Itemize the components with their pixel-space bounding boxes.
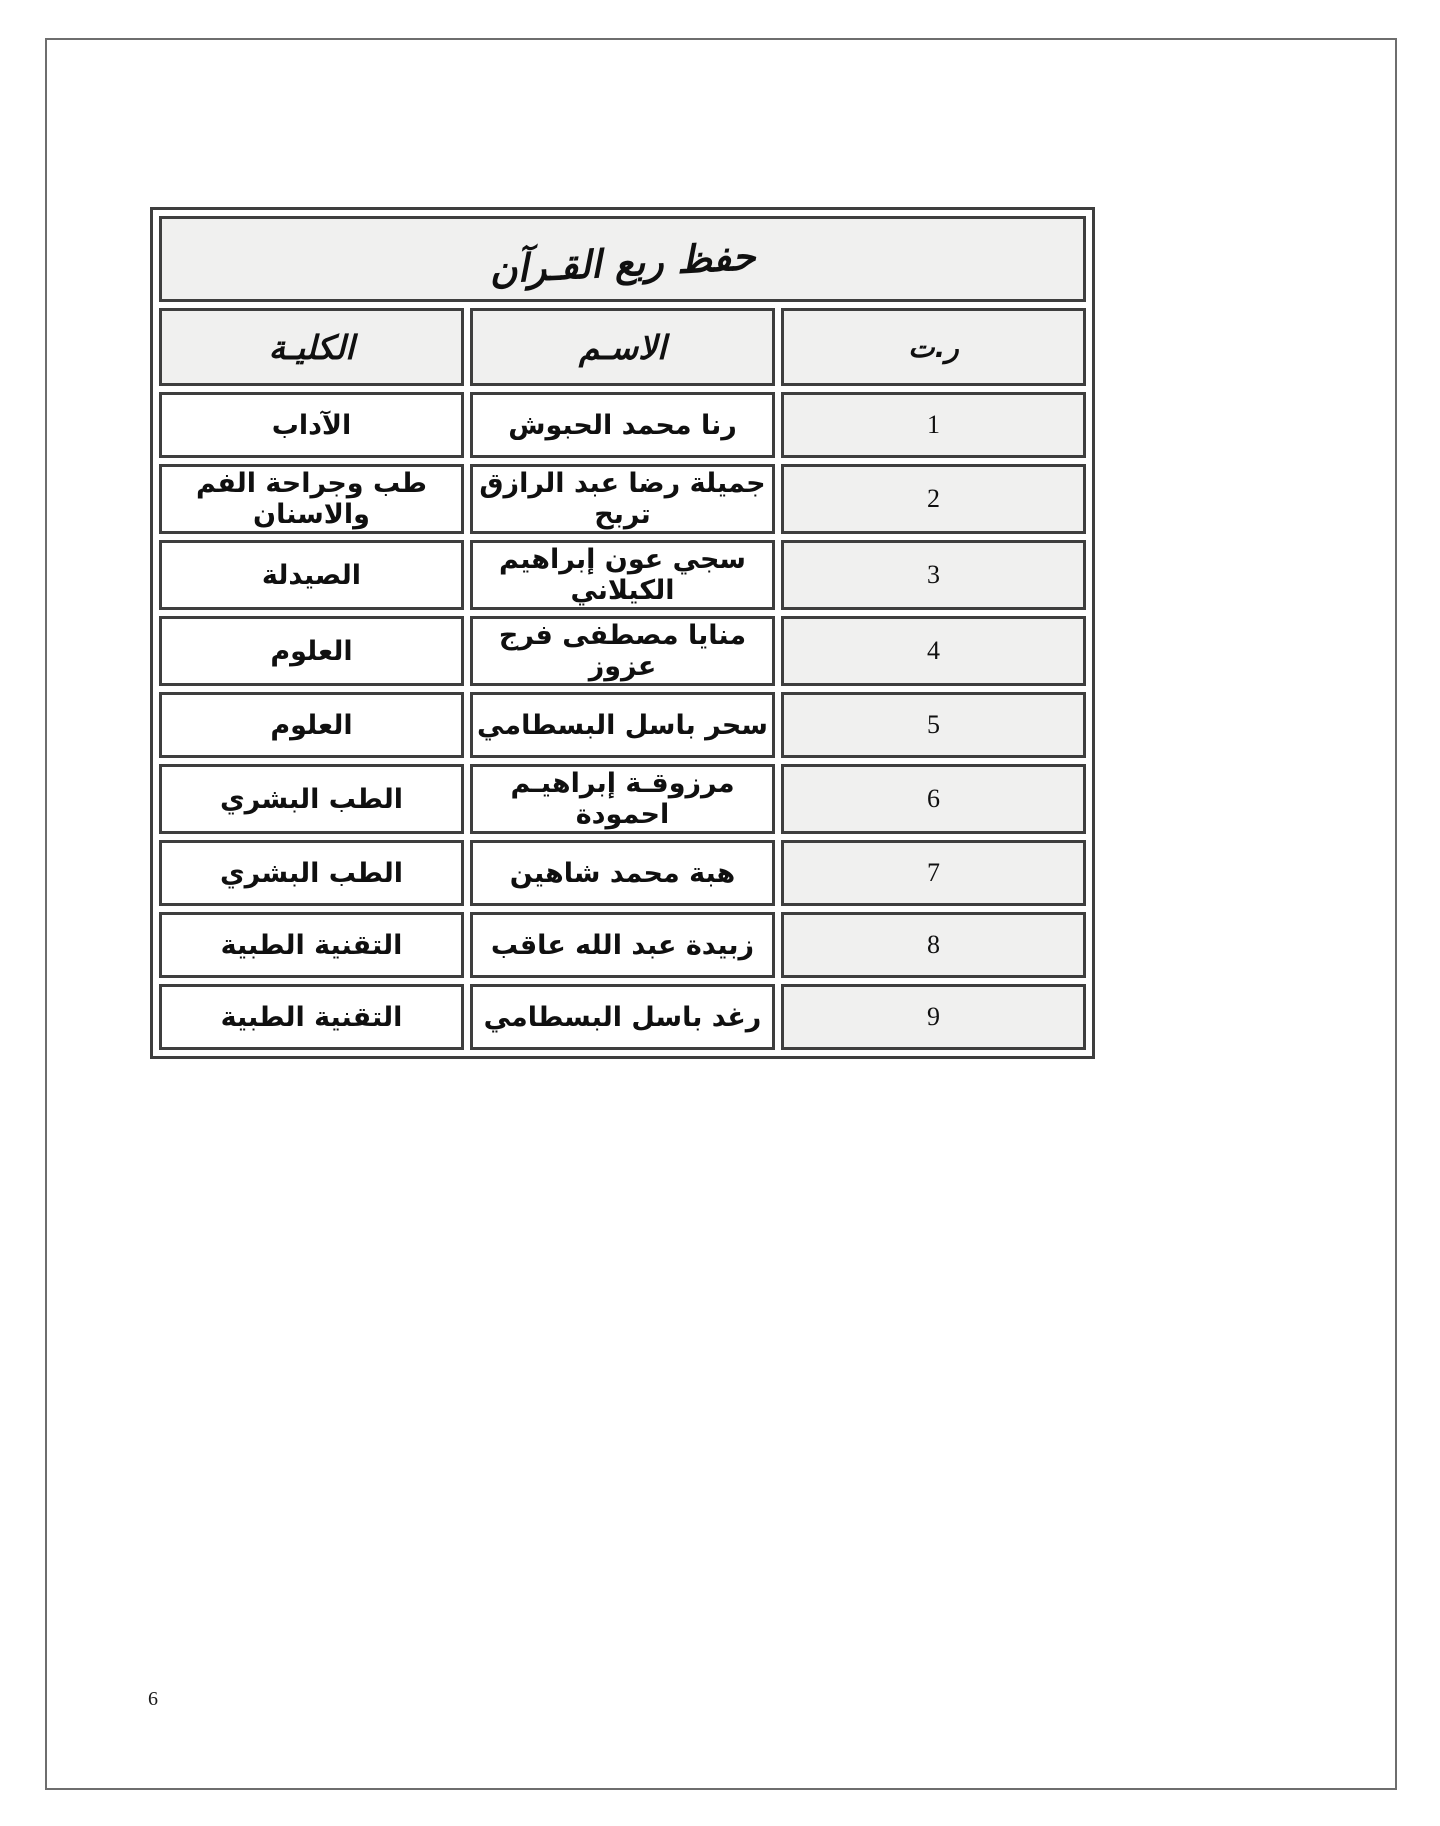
row-index-cell: 1 — [781, 392, 1086, 458]
row-index-cell: 8 — [781, 912, 1086, 978]
row-index-cell: 3 — [781, 540, 1086, 610]
document-page: حفظ ربع القـرآن ر.ت الاسـم الكليـة 1رنا … — [45, 38, 1397, 1790]
student-name-cell: هبة محمد شاهين — [470, 840, 775, 906]
student-name-cell: زبيدة عبد الله عاقب — [470, 912, 775, 978]
table-body: 1رنا محمد الحبوشالآداب2جميلة رضا عبد الر… — [159, 392, 1086, 1050]
table-header-row: ر.ت الاسـم الكليـة — [159, 308, 1086, 386]
page-number: 6 — [148, 1688, 158, 1711]
student-name-cell: جميلة رضا عبد الرازق تربح — [470, 464, 775, 534]
college-cell: العلوم — [159, 692, 464, 758]
row-index-cell: 7 — [781, 840, 1086, 906]
college-cell: طب وجراحة الفم والاسنان — [159, 464, 464, 534]
table-row: 9رغد باسل البسطاميالتقنية الطبية — [159, 984, 1086, 1050]
row-index-cell: 4 — [781, 616, 1086, 686]
student-name-cell: سحر باسل البسطامي — [470, 692, 775, 758]
table-row: 3سجي عون إبراهيم الكيلانيالصيدلة — [159, 540, 1086, 610]
row-index-cell: 2 — [781, 464, 1086, 534]
table-row: 2جميلة رضا عبد الرازق تربحطب وجراحة الفم… — [159, 464, 1086, 534]
college-cell: الطب البشري — [159, 764, 464, 834]
quran-quarter-memorizers-table: حفظ ربع القـرآن ر.ت الاسـم الكليـة 1رنا … — [150, 207, 1095, 1059]
column-header-college: الكليـة — [159, 308, 464, 386]
row-index-cell: 9 — [781, 984, 1086, 1050]
table-row: 6مرزوقـة إبراهيـم احمودةالطب البشري — [159, 764, 1086, 834]
table-title-row: حفظ ربع القـرآن — [159, 216, 1086, 302]
table-title: حفظ ربع القـرآن — [489, 234, 757, 292]
table-row: 8زبيدة عبد الله عاقبالتقنية الطبية — [159, 912, 1086, 978]
student-name-cell: مرزوقـة إبراهيـم احمودة — [470, 764, 775, 834]
college-cell: الصيدلة — [159, 540, 464, 610]
row-index-cell: 6 — [781, 764, 1086, 834]
college-cell: العلوم — [159, 616, 464, 686]
row-index-cell: 5 — [781, 692, 1086, 758]
student-name-cell: سجي عون إبراهيم الكيلاني — [470, 540, 775, 610]
table-row: 5سحر باسل البسطاميالعلوم — [159, 692, 1086, 758]
table-row: 7هبة محمد شاهينالطب البشري — [159, 840, 1086, 906]
table-row: 4منايا مصطفى فرج عزوزالعلوم — [159, 616, 1086, 686]
college-cell: التقنية الطبية — [159, 984, 464, 1050]
table-row: 1رنا محمد الحبوشالآداب — [159, 392, 1086, 458]
table-title-cell: حفظ ربع القـرآن — [159, 216, 1086, 302]
student-name-cell: رغد باسل البسطامي — [470, 984, 775, 1050]
student-name-cell: منايا مصطفى فرج عزوز — [470, 616, 775, 686]
college-cell: التقنية الطبية — [159, 912, 464, 978]
college-cell: الآداب — [159, 392, 464, 458]
column-header-index: ر.ت — [781, 308, 1086, 386]
college-cell: الطب البشري — [159, 840, 464, 906]
column-header-name: الاسـم — [470, 308, 775, 386]
student-name-cell: رنا محمد الحبوش — [470, 392, 775, 458]
